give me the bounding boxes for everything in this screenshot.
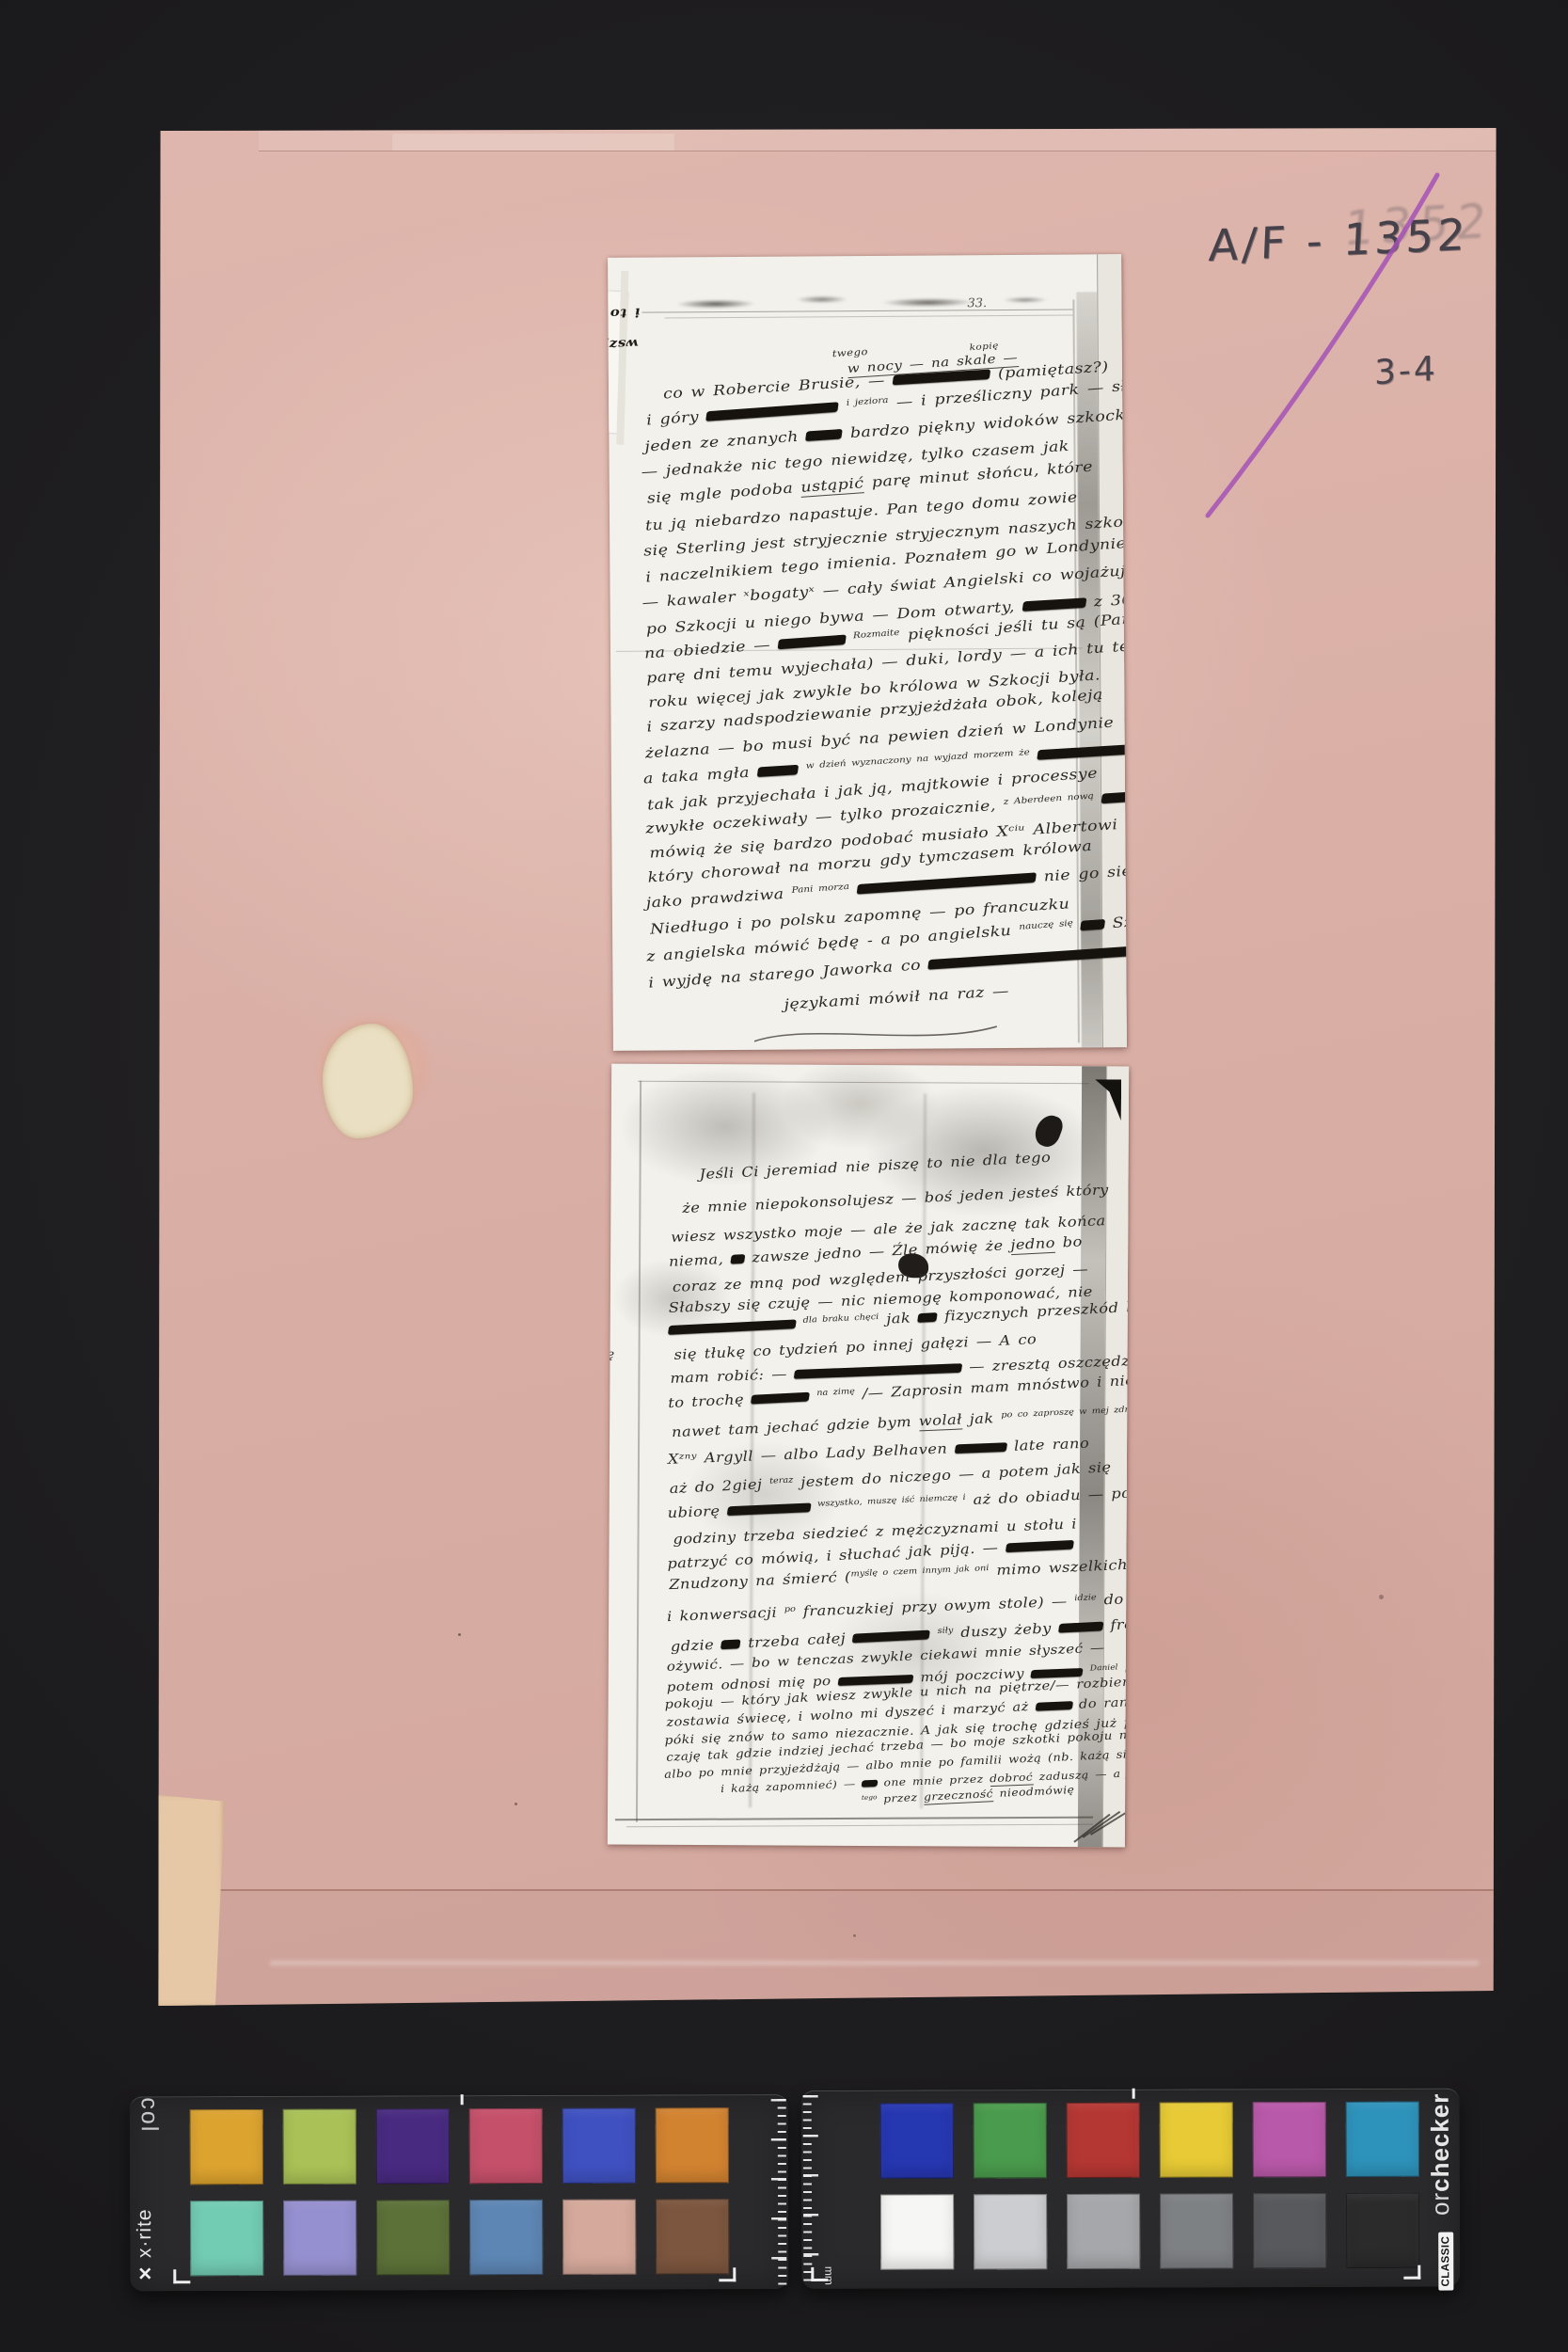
ruler: [803, 2095, 821, 2281]
paper-specks: [458, 1633, 461, 1636]
color-patch: [1253, 2102, 1326, 2177]
xrite-logo-icon: ✕: [137, 2264, 152, 2285]
glue-stain: [323, 1024, 413, 1138]
color-patch: [1067, 2103, 1140, 2178]
tape-mark: [392, 134, 674, 151]
color-patch: [376, 2108, 450, 2184]
patch-row: [880, 2193, 1419, 2270]
color-patch: [562, 2200, 636, 2275]
patch-row: [190, 2107, 729, 2185]
color-patch: [974, 2194, 1047, 2269]
color-patch: [974, 2103, 1047, 2178]
color-patch: [469, 2108, 543, 2184]
color-patch: [880, 2103, 954, 2178]
colorchecker-left-panel: col x·rite ✕: [130, 2094, 789, 2291]
registration-tick: [461, 2094, 464, 2105]
color-patch: [656, 2107, 729, 2183]
patch-row: [190, 2199, 729, 2276]
color-patch: [190, 2201, 263, 2276]
registration-tick: [1132, 2089, 1135, 2099]
beige-backing-strip: [157, 1795, 225, 2006]
color-patch: [1160, 2193, 1233, 2268]
colorchecker-right-panel: mm orchecker CLASSIC: [801, 2089, 1461, 2289]
colorchecker-wordmark: orchecker: [1426, 2093, 1455, 2217]
wordmark-light: or: [1426, 2192, 1454, 2216]
manuscript-line: że mnie niepokonsolujesz — boś jeden jes…: [682, 1183, 1109, 1216]
mount-crease: [270, 1961, 1479, 1965]
ruler: [769, 2099, 787, 2285]
manuscript-line: się tłukę co tydzień po innej gałęzi — A…: [673, 1332, 1037, 1363]
wordmark-bold: checker: [1426, 2093, 1454, 2192]
manuscript-line: kopię: [969, 342, 999, 353]
color-patch: [880, 2194, 954, 2269]
color-patch: [1253, 2193, 1326, 2268]
corner-mark: [811, 2267, 828, 2281]
archive-document-scene: 1352 A/F - 1352 3-4 33. i to pewno y na …: [0, 0, 1568, 2352]
color-patch: [656, 2199, 729, 2274]
manuscript-line: językami mówił na raz —: [784, 982, 1009, 1013]
handwriting-block: Jeśli Ci jeremiad nie piszę to nie dla t…: [623, 1064, 1129, 1848]
color-patch: [283, 2109, 356, 2185]
ruler-ticks: [803, 2095, 819, 2281]
handwriting-block: i to pewno y na mam o pył. czego i wraca…: [623, 254, 1127, 1051]
color-patch: [1346, 2193, 1419, 2268]
corner-mark: [1403, 2265, 1420, 2280]
color-patch: [376, 2200, 450, 2275]
pen-flourish: [754, 1019, 999, 1049]
manuscript-line: twego: [832, 347, 868, 359]
corner-mark: [173, 2269, 190, 2283]
corner-mark: [719, 2267, 736, 2281]
color-patch: [1346, 2102, 1419, 2177]
manuscript-line: Xᶻⁿʸ Argyll — albo Lady Belhaven — mo la…: [668, 1437, 1090, 1468]
colorchecker-label-col: col: [135, 2097, 163, 2133]
manuscript-photo-1: 33. i to pewno y na mam o pył. czego i w…: [608, 254, 1127, 1051]
pages-annotation: 3-4: [1374, 350, 1438, 393]
classic-badge: CLASSIC: [1438, 2233, 1453, 2291]
xrite-wordmark: x·rite: [134, 2209, 156, 2259]
manuscript-line: Jeśli Ci jeremiad nie piszę to nie dla t…: [699, 1151, 1051, 1183]
color-patch: [190, 2109, 263, 2185]
ruler-ticks: [771, 2099, 787, 2285]
color-patch: [562, 2108, 636, 2184]
mount-lower-flap: [157, 1891, 1497, 2006]
manuscript-photo-2: Jeśli Ci jeremiad nie piszę to nie dla t…: [608, 1064, 1129, 1848]
color-patch: [1067, 2194, 1140, 2269]
mount-hinge-line: [259, 151, 1497, 151]
patch-row: [880, 2102, 1419, 2179]
color-patch: [1160, 2102, 1233, 2177]
color-patch: [469, 2200, 543, 2275]
color-patch: [283, 2201, 356, 2276]
xrite-brand: x·rite ✕: [134, 2209, 156, 2286]
catalog-number-annotation: A/F - 1352: [1208, 209, 1469, 271]
colorchecker-strip: col x·rite ✕ mm orchecker: [130, 2089, 1461, 2293]
